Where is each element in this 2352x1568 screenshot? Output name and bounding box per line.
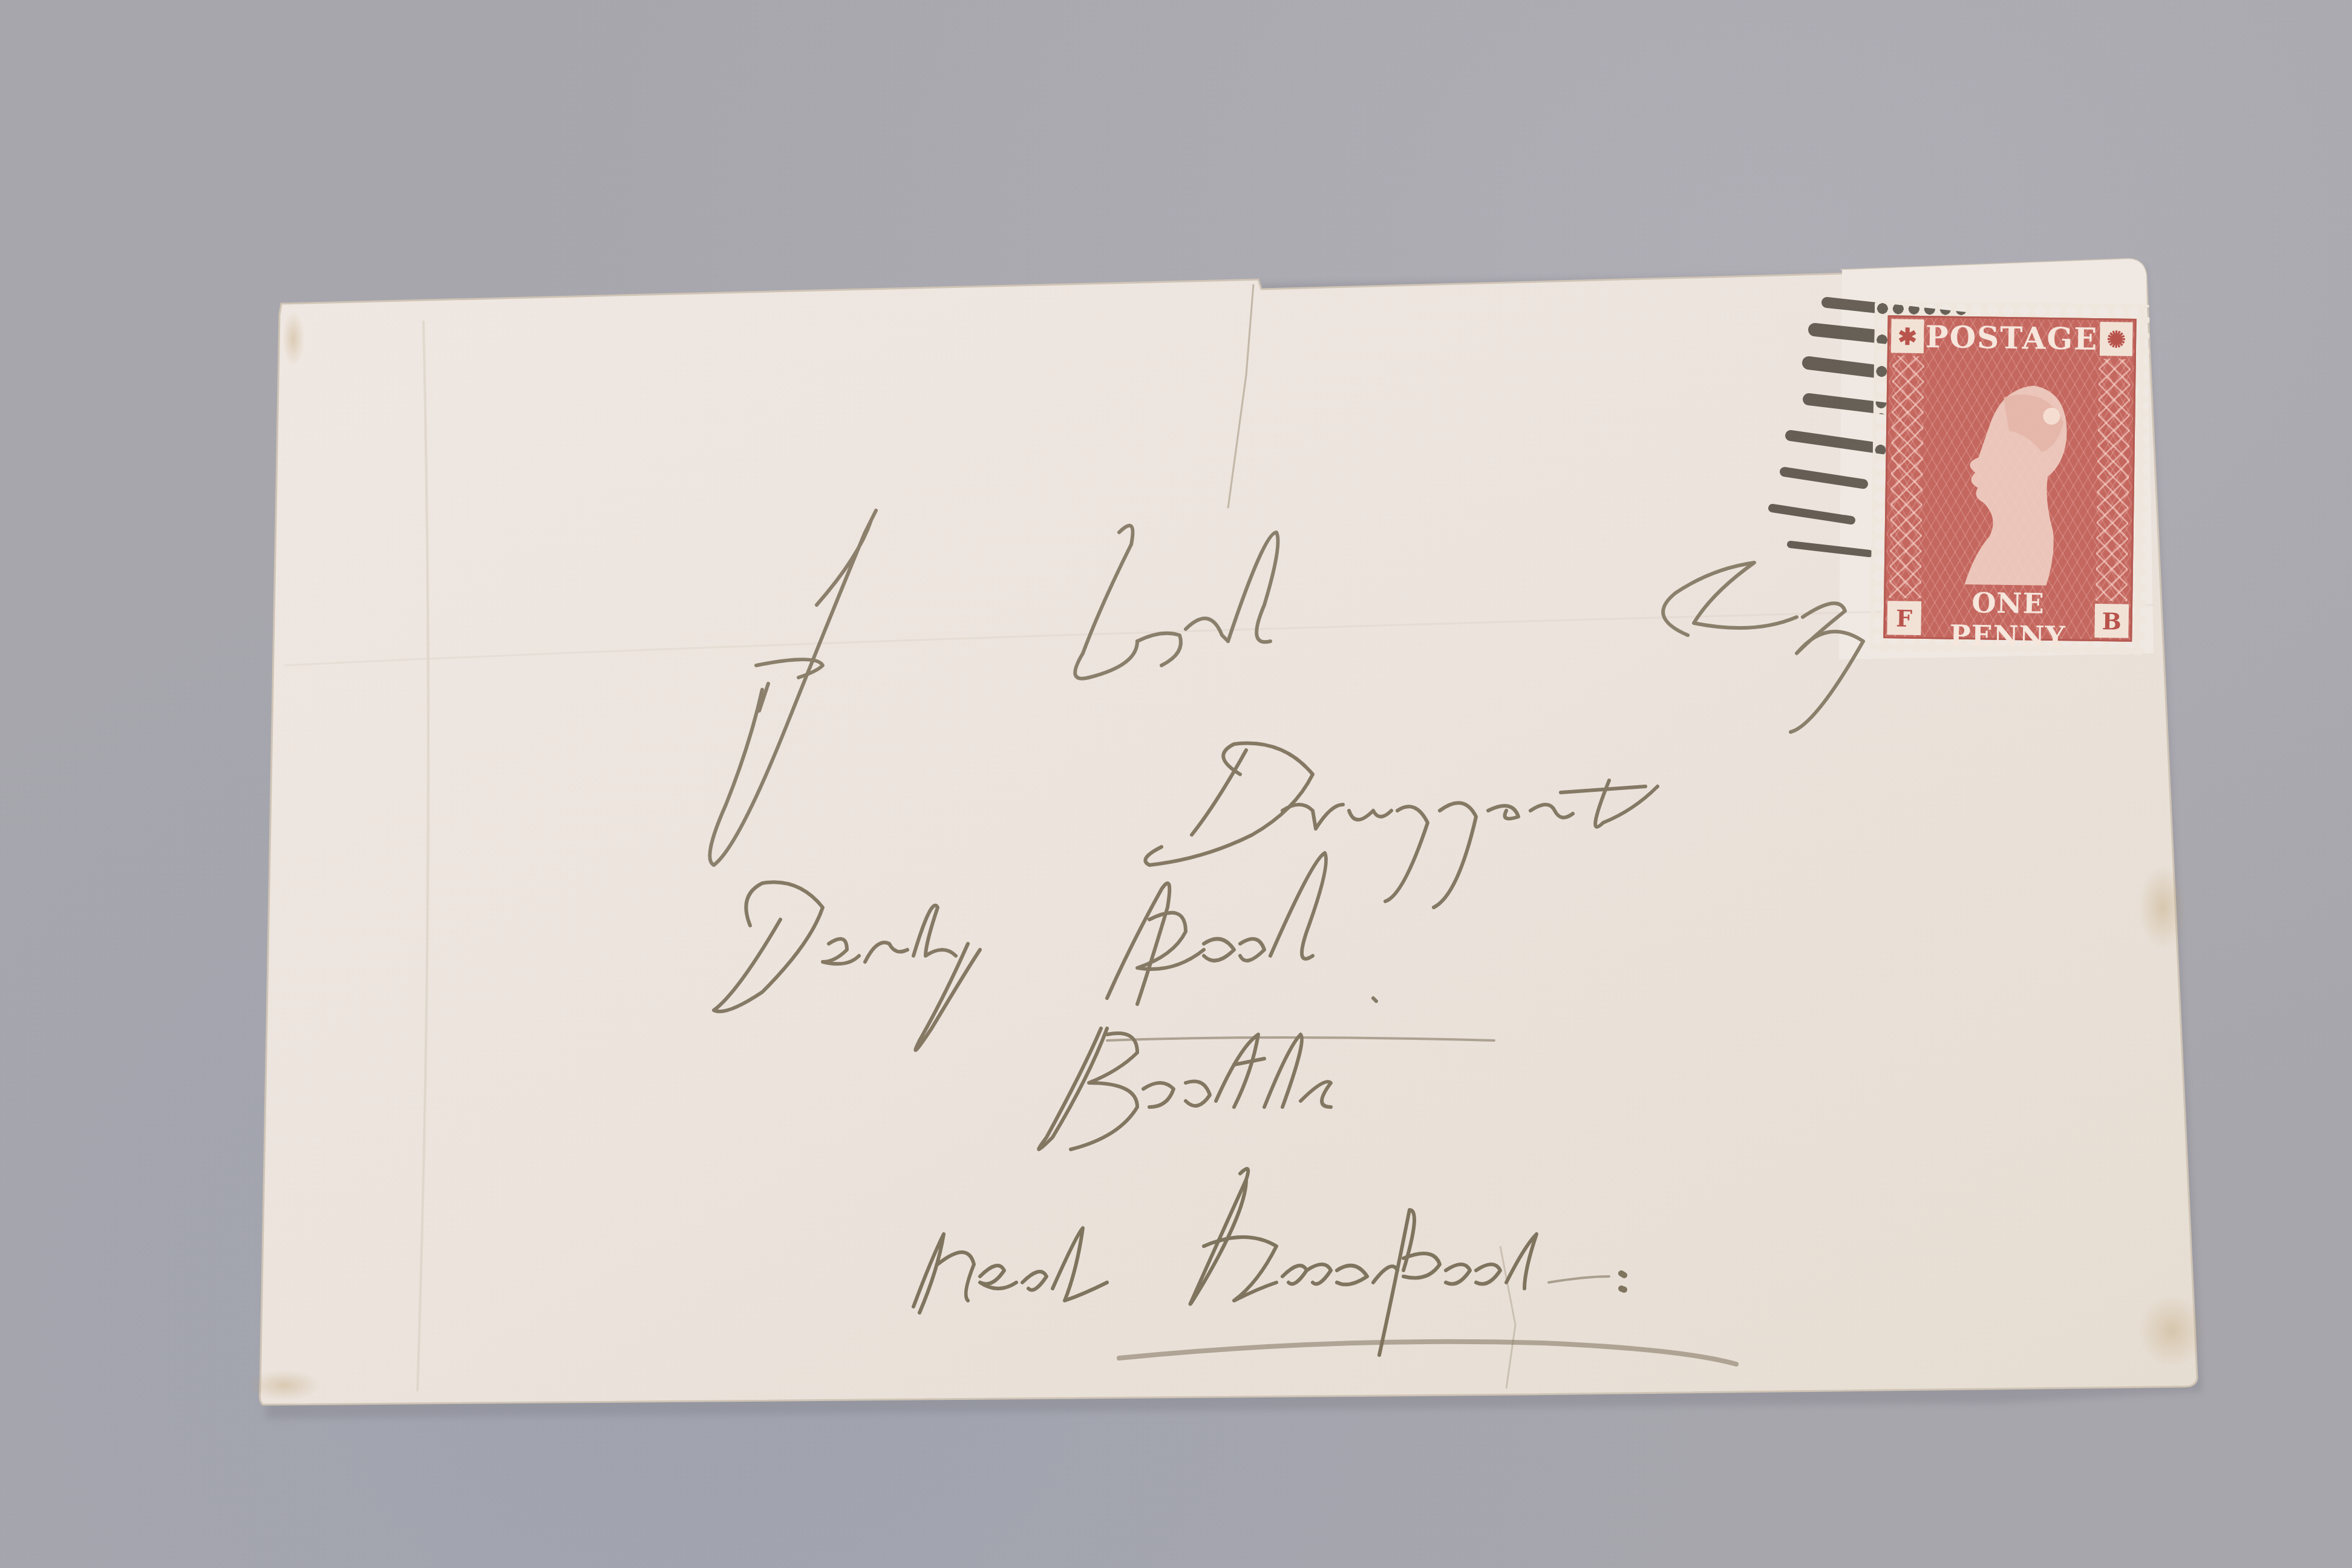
stamp-lattice-left [1889, 356, 1924, 598]
stamp-title: POSTAGE [1926, 319, 2099, 357]
stamp-star-icon-right: ✺ [2100, 322, 2133, 356]
stamp-top-band: ✱ POSTAGE ✺ [1889, 317, 2135, 358]
queen-portrait-icon [1940, 372, 2082, 592]
stamp-corner-letter-right: B [2094, 604, 2129, 638]
stamp-lattice-right [2096, 359, 2131, 601]
stamp-face: ✱ POSTAGE ✺ F ONE PENNY B [1883, 315, 2136, 642]
photo-scene: ✱ POSTAGE ✺ F ONE PENNY B G. Reid Esq [0, 0, 2352, 1568]
stamp-bottom-band: F ONE PENNY B [1885, 599, 2131, 640]
envelope-paper [0, 0, 2352, 1568]
stamp-star-icon-left: ✱ [1891, 319, 1924, 353]
stamp-corner-letter-left: F [1887, 601, 1921, 635]
envelope: ✱ POSTAGE ✺ F ONE PENNY B G. Reid Esq [0, 0, 2352, 1568]
stamp-value: ONE PENNY [1922, 586, 2093, 653]
penny-red-stamp: ✱ POSTAGE ✺ F ONE PENNY B [1870, 301, 2150, 655]
